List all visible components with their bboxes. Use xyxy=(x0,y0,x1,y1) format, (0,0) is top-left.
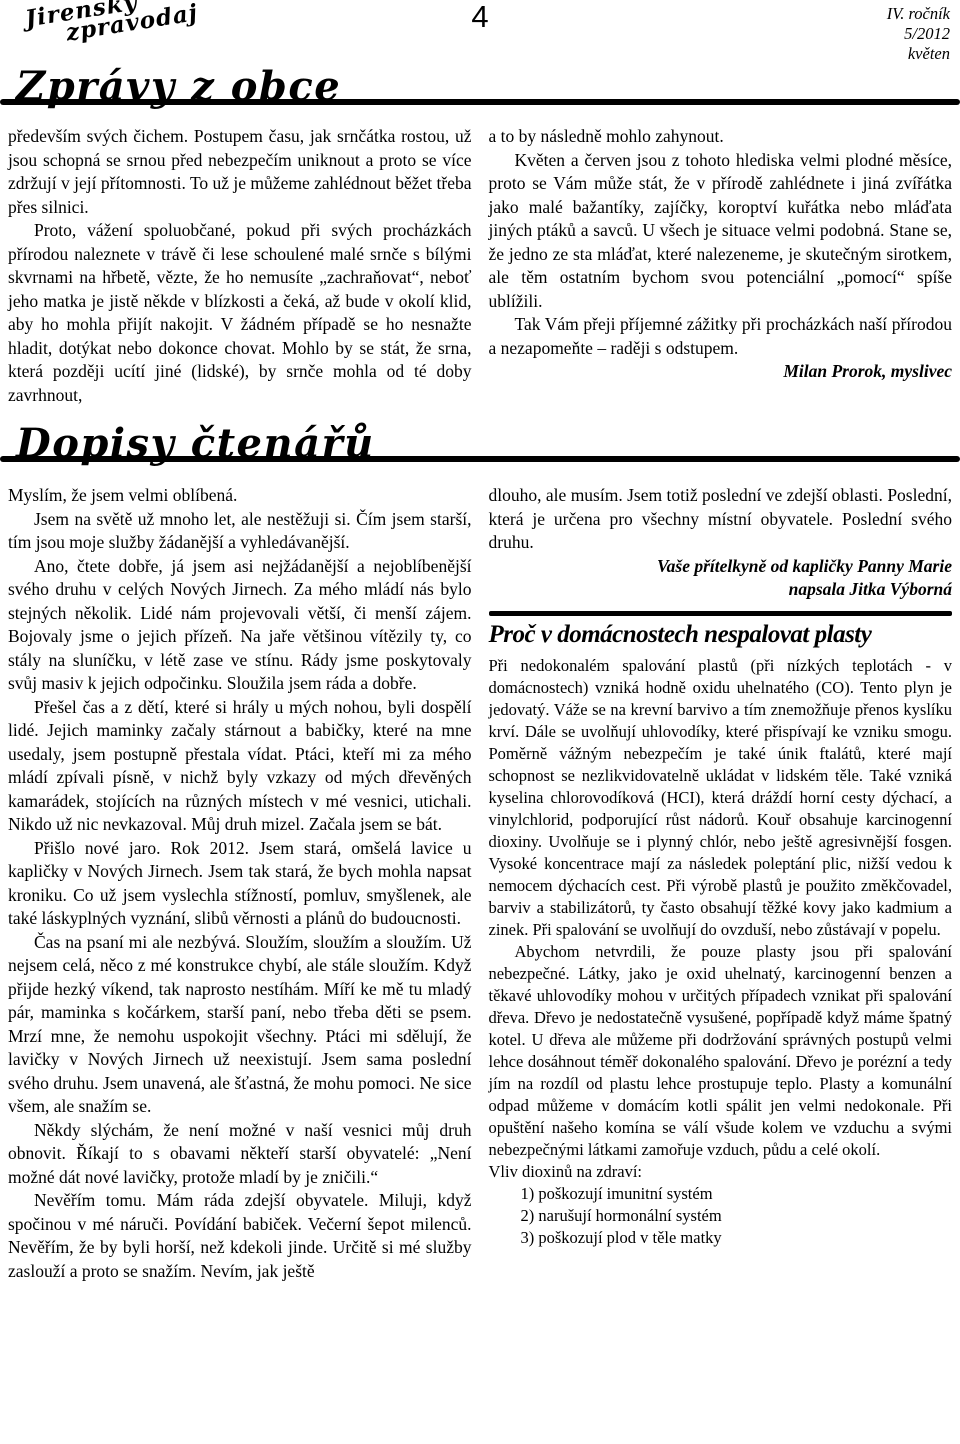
dioxin-list-header: Vliv dioxinů na zdraví: xyxy=(489,1161,953,1183)
section-letters: Myslím, že jsem velmi oblíbená.Jsem na s… xyxy=(8,484,952,1283)
paragraph: Při nedokonalém spalování plastů (při ní… xyxy=(489,655,953,941)
news-right-text: a to by následně mohlo zahynout.Květen a… xyxy=(489,125,953,360)
paragraph: Čas na psaní mi ale nezbývá. Sloužím, sl… xyxy=(8,931,472,1119)
dioxin-effect-item: 1) poškozují imunitní systém xyxy=(489,1183,953,1205)
letters-right-column: dlouho, ale musím. Jsem totiž poslední v… xyxy=(489,484,953,1283)
article-body: Při nedokonalém spalování plastů (při ní… xyxy=(489,655,953,1161)
page-number: 4 xyxy=(8,0,952,34)
paragraph: dlouho, ale musím. Jsem totiž poslední v… xyxy=(489,484,953,555)
letters-right-text: dlouho, ale musím. Jsem totiž poslední v… xyxy=(489,484,953,555)
paragraph: Květen a červen jsou z tohoto hlediska v… xyxy=(489,149,953,314)
issue-number: 5/2012 xyxy=(887,24,950,44)
section-news-heading: Zprávy z obce xyxy=(0,66,960,105)
paragraph: Myslím, že jsem velmi oblíbená. xyxy=(8,484,472,508)
dioxin-effects-list: 1) poškozují imunitní systém2) narušují … xyxy=(489,1183,953,1249)
paragraph: Tak Vám přeji příjemné zážitky při proch… xyxy=(489,313,953,360)
paragraph: Proto, vážení spoluobčané, pokud při svý… xyxy=(8,219,472,407)
section-news: především svých čichem. Postupem času, j… xyxy=(8,125,952,407)
dioxin-effect-item: 2) narušují hormonální systém xyxy=(489,1205,953,1227)
issue-month: květen xyxy=(887,44,950,64)
paragraph: Nevěřím tomu. Mám ráda zdejší obyvatele.… xyxy=(8,1189,472,1283)
issue-info: IV. ročník 5/2012 květen xyxy=(887,4,950,64)
paragraph: Abychom netvrdili, že pouze plasty jsou … xyxy=(489,941,953,1161)
news-left-column: především svých čichem. Postupem času, j… xyxy=(8,125,472,407)
article-title: Proč v domácnostech nespalovat plasty xyxy=(489,619,953,651)
section-letters-heading: Dopisy čtenářů xyxy=(0,423,960,462)
dioxin-effect-item: 3) poškozují plod v těle matky xyxy=(489,1227,953,1249)
paragraph: především svých čichem. Postupem času, j… xyxy=(8,125,472,219)
newsletter-page: Jirenský zpravodaj 4 IV. ročník 5/2012 k… xyxy=(0,0,960,1444)
letter-signature-line-2: napsala Jitka Výborná xyxy=(489,578,953,602)
paragraph: Ano, čtete dobře, já jsem asi nejžádaněj… xyxy=(8,555,472,696)
news-right-column: a to by následně mohlo zahynout.Květen a… xyxy=(489,125,953,407)
paragraph: a to by následně mohlo zahynout. xyxy=(489,125,953,149)
article-rule xyxy=(489,611,953,616)
paragraph: Jsem na světě už mnoho let, ale nestěžuj… xyxy=(8,508,472,555)
issue-volume: IV. ročník xyxy=(887,4,950,24)
letter-signature-line-1: Vaše přítelkyně od kapličky Panny Marie xyxy=(489,555,953,579)
page-header: Jirenský zpravodaj 4 IV. ročník 5/2012 k… xyxy=(8,0,952,66)
paragraph: Někdy slýchám, že není možné v naší vesn… xyxy=(8,1119,472,1190)
letters-left-column: Myslím, že jsem velmi oblíbená.Jsem na s… xyxy=(8,484,472,1283)
paragraph: Přišlo nové jaro. Rok 2012. Jsem stará, … xyxy=(8,837,472,931)
article-plastics: Proč v domácnostech nespalovat plasty Př… xyxy=(489,611,953,1249)
paragraph: Přešel čas a z dětí, které si hrály u mý… xyxy=(8,696,472,837)
news-signature: Milan Prorok, myslivec xyxy=(489,360,953,384)
